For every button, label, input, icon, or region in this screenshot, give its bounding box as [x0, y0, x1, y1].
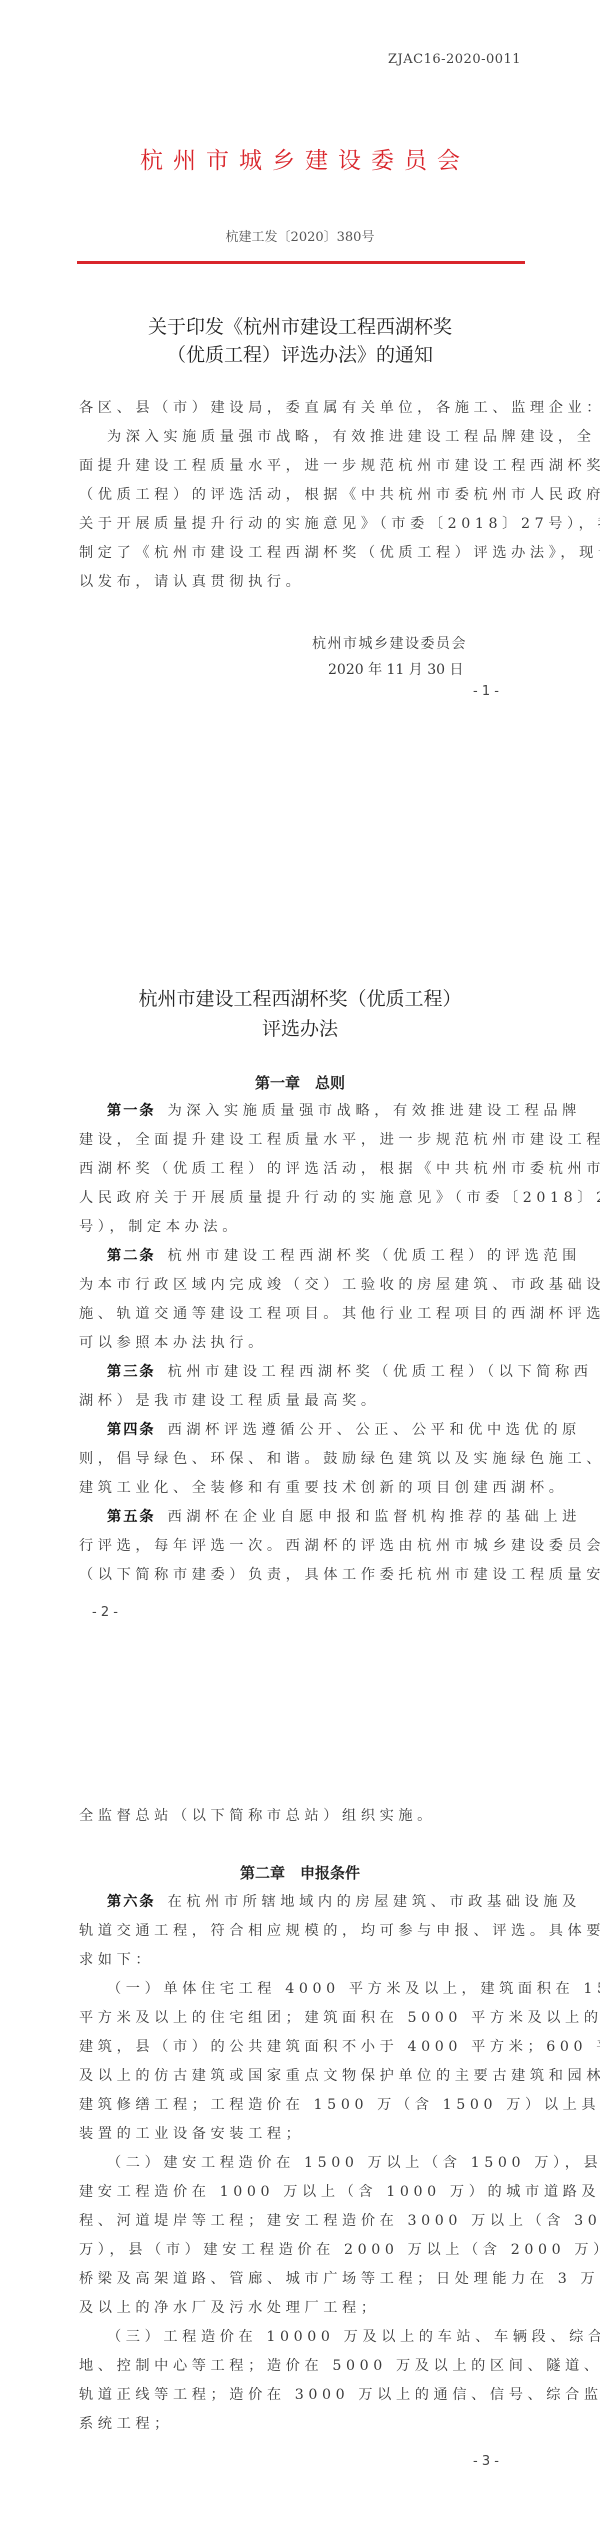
article-line: 建设，全面提升建设工程质量水平，进一步规范杭州市建设工程	[79, 1129, 525, 1149]
page-number-2: - 2 -	[92, 1605, 118, 1620]
article-line: 施、轨道交通等建设工程项目。其他行业工程项目的西湖杯评选	[79, 1303, 525, 1323]
article-first-line: 第三条杭州市建设工程西湖杯奖（优质工程）（以下简称西	[107, 1361, 525, 1381]
carry-over-line: 全监督总站（以下简称市总站）组织实施。	[79, 1805, 525, 1825]
body-line: 制定了《杭州市建设工程西湖杯奖（优质工程）评选办法》，现予	[79, 542, 525, 562]
issuer-heading: 杭州市城乡建设委员会	[0, 142, 600, 175]
article-first-line: 第六条在杭州市所辖地域内的房屋建筑、市政基础设施及	[107, 1891, 525, 1911]
item-line: 及以上的净水厂及污水处理厂工程；	[79, 2297, 525, 2317]
chapter-1-heading: 第一章 总则	[0, 1072, 600, 1093]
article-line: 可以参照本办法执行。	[79, 1332, 525, 1352]
article-label: 第二条	[107, 1248, 156, 1264]
item-line: 建筑，县（市）的公共建筑面积不小于 4000 平方米；600 平方米	[79, 2036, 525, 2056]
article-line: 求如下：	[79, 1949, 525, 1969]
body-line: 关于开展质量提升行动的实施意见》（市委〔2018〕27号），我委	[79, 513, 525, 533]
article-line: 行评选，每年评选一次。西湖杯的评选由杭州市城乡建设委员会	[79, 1535, 525, 1555]
article-line: 号），制定本办法。	[79, 1216, 525, 1236]
article-first-line: 第二条杭州市建设工程西湖杯奖（优质工程）的评选范围	[107, 1245, 525, 1265]
item-line: 轨道正线等工程；造价在 3000 万以上的通信、信号、综合监控等	[79, 2384, 525, 2404]
rules-title-line-2: 评选办法	[0, 1014, 600, 1041]
article-line: 则，倡导绿色、环保、和谐。鼓励绿色建筑以及实施绿色施工、	[79, 1448, 525, 1468]
article-line: 西湖杯奖（优质工程）的评选活动，根据《中共杭州市委杭州市	[79, 1158, 525, 1178]
document-number: 杭建工发〔2020〕380号	[0, 226, 600, 245]
item-line: 系统工程；	[79, 2413, 525, 2433]
item-line: 建安工程造价在 1000 万以上（含 1000 万）的城市道路及管道工	[79, 2181, 525, 2201]
chapter-2-heading: 第二章 申报条件	[0, 1862, 600, 1883]
item-line: 桥梁及高架道路、管廊、城市广场等工程；日处理能力在 3 万吨	[79, 2268, 525, 2288]
article-first-line: 第四条西湖杯评选遵循公开、公正、公平和优中选优的原	[107, 1419, 525, 1439]
article-line: 轨道交通工程，符合相应规模的，均可参与申报、评选。具体要	[79, 1920, 525, 1940]
article-line: （以下简称市建委）负责，具体工作委托杭州市建设工程质量安	[79, 1564, 525, 1584]
article-line: 建筑工业化、全装修和有重要技术创新的项目创建西湖杯。	[79, 1477, 525, 1497]
item-line: 及以上的仿古建筑或国家重点文物保护单位的主要古建筑和园林	[79, 2065, 525, 2085]
red-divider	[77, 261, 525, 264]
signature: 杭州市城乡建设委员会	[312, 633, 467, 653]
article-label: 第一条	[107, 1103, 156, 1119]
body-line: 为深入实施质量强市战略，有效推进建设工程品牌建设，全	[107, 426, 525, 446]
item-line: 装置的工业设备安装工程；	[79, 2123, 525, 2143]
item-first-line: （一）单体住宅工程 4000 平方米及以上，建筑面积在 15000	[107, 1978, 525, 1998]
article-label: 第三条	[107, 1364, 156, 1380]
article-label: 第四条	[107, 1422, 156, 1438]
article-first-line: 第五条西湖杯在企业自愿申报和监督机构推荐的基础上进	[107, 1506, 525, 1526]
notice-title-line-1: 关于印发《杭州市建设工程西湖杯奖	[0, 312, 600, 339]
item-line: 万），县（市）建安工程造价在 2000 万以上（含 2000 万）的隧道、	[79, 2239, 525, 2259]
article-line: 人民政府关于开展质量提升行动的实施意见》（市委〔2018〕27	[79, 1187, 525, 1207]
item-line: 平方米及以上的住宅组团；建筑面积在 5000 平方米及以上的公共	[79, 2007, 525, 2027]
body-line: 以发布，请认真贯彻执行。	[79, 571, 525, 591]
rules-title-line-1: 杭州市建设工程西湖杯奖（优质工程）	[0, 984, 600, 1011]
signature-date: 2020 年 11 月 30 日	[328, 659, 464, 679]
item-first-line: （二）建安工程造价在 1500 万以上（含 1500 万），县（市）	[107, 2152, 525, 2172]
salutation: 各区、县（市）建设局，委直属有关单位，各施工、监理企业：	[79, 397, 525, 417]
item-line: 地、控制中心等工程；造价在 5000 万及以上的区间、隧道、高架、	[79, 2355, 525, 2375]
document-code: ZJAC16-2020-0011	[388, 52, 521, 67]
article-first-line: 第一条为深入实施质量强市战略，有效推进建设工程品牌	[107, 1100, 525, 1120]
item-line: 建筑修缮工程；工程造价在 1500 万（含 1500 万）以上具有独立	[79, 2094, 525, 2114]
item-first-line: （三）工程造价在 10000 万及以上的车站、车辆段、综合基	[107, 2326, 525, 2346]
article-line: 为本市行政区域内完成竣（交）工验收的房屋建筑、市政基础设	[79, 1274, 525, 1294]
page-number-3: - 3 -	[473, 2454, 499, 2469]
article-label: 第六条	[107, 1894, 156, 1910]
article-line: 湖杯）是我市建设工程质量最高奖。	[79, 1390, 525, 1410]
body-line: 面提升建设工程质量水平，进一步规范杭州市建设工程西湖杯奖	[79, 455, 525, 475]
notice-title-line-2: （优质工程）评选办法》的通知	[0, 340, 600, 367]
page-number-1: - 1 -	[473, 684, 499, 699]
article-label: 第五条	[107, 1509, 156, 1525]
body-line: （优质工程）的评选活动，根据《中共杭州市委杭州市人民政府	[79, 484, 525, 504]
item-line: 程、河道堤岸等工程；建安工程造价在 3000 万以上（含 3000	[79, 2210, 525, 2230]
